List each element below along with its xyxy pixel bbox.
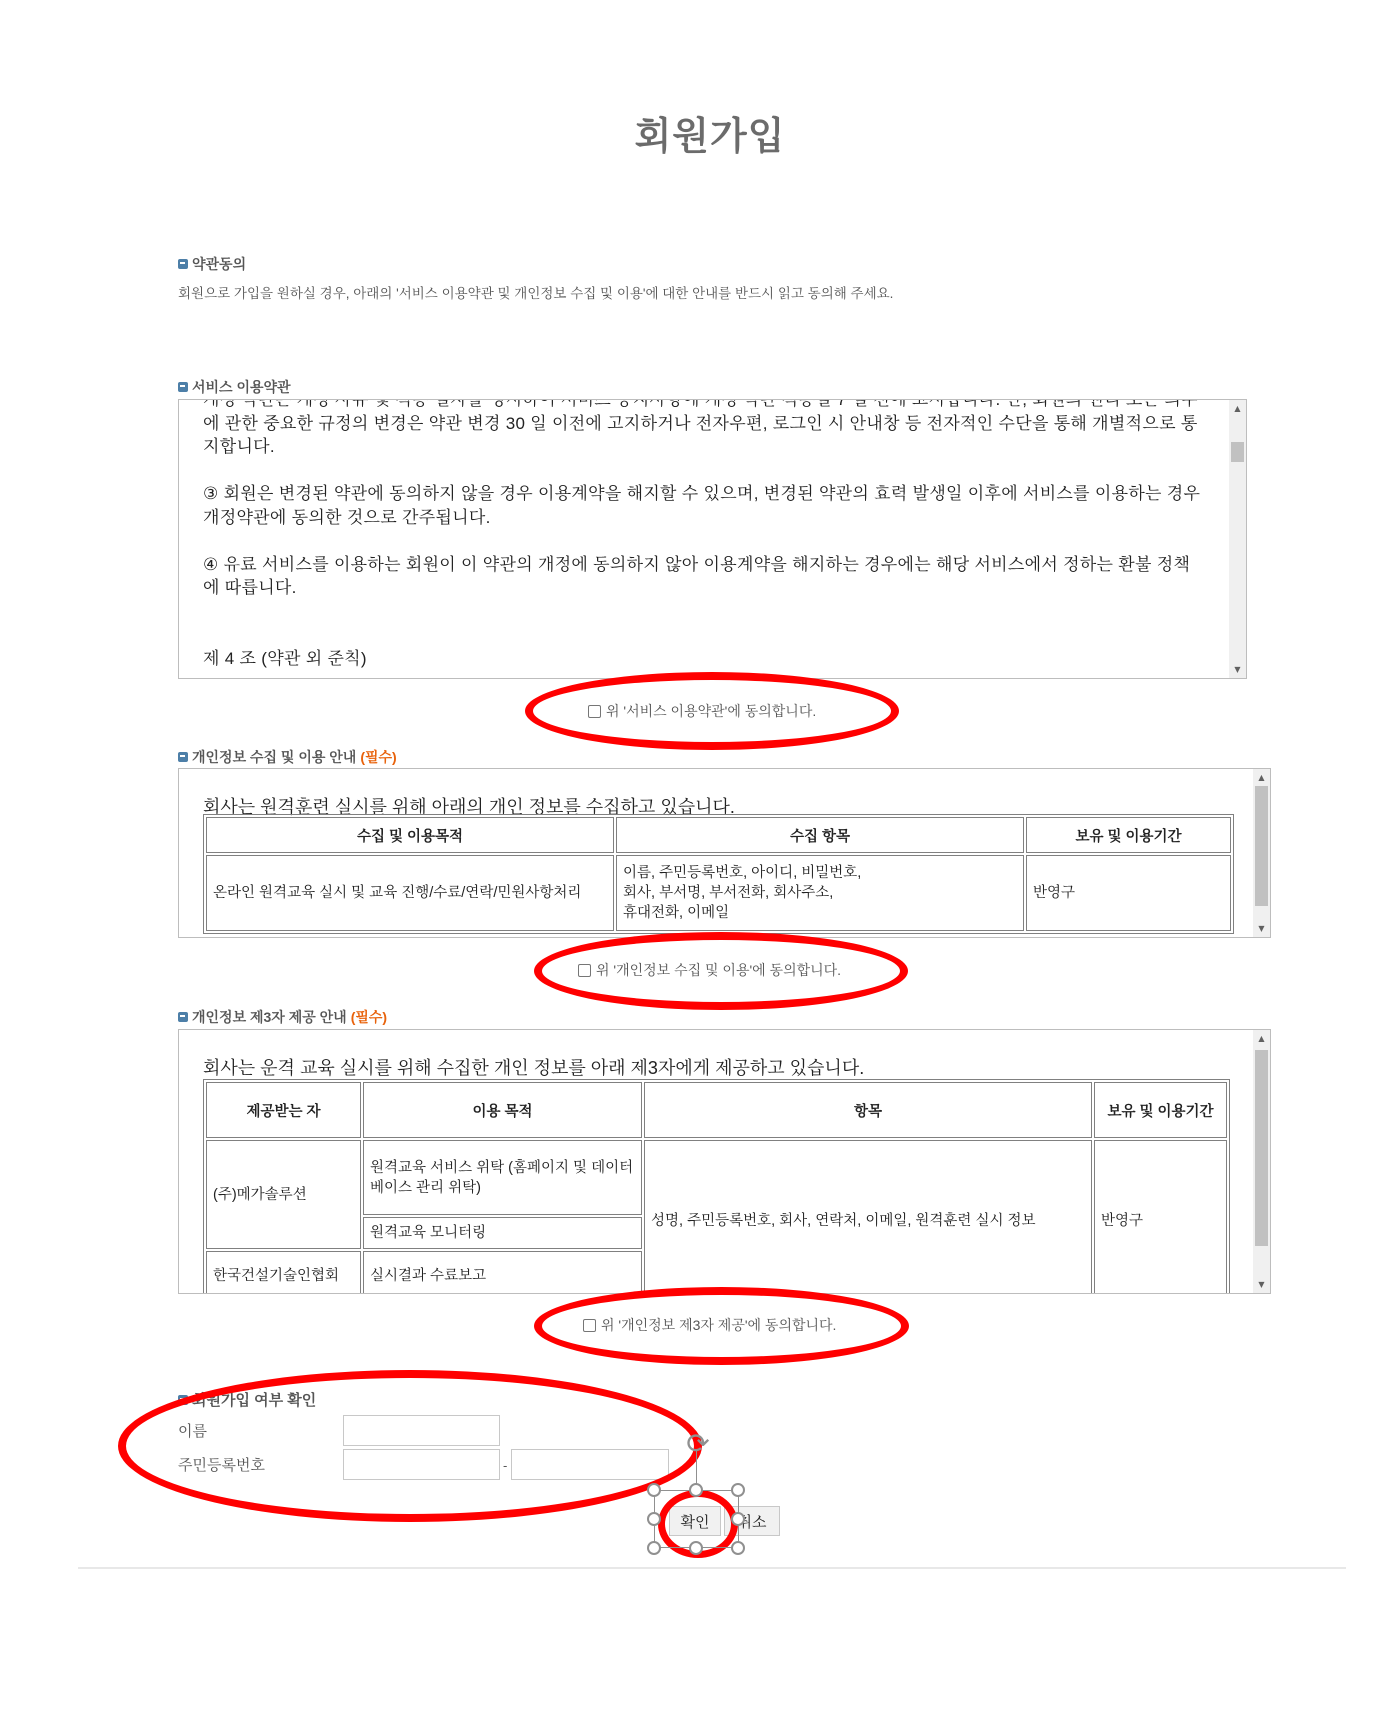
required-tag: (필수) <box>351 1007 387 1027</box>
rotate-handle-icon[interactable]: ⟳ <box>684 1430 712 1458</box>
purpose-cell: 원격교육 서비스 위탁 (홈페이지 및 데이터베이스 관리 위탁) <box>363 1140 642 1215</box>
third-party-heading: 개인정보 제3자 제공 안내(필수) <box>178 1007 387 1027</box>
items-cell: 이름, 주민등록번호, 아이디, 비밀번호, 회사, 부서명, 부서전화, 회사… <box>616 855 1024 931</box>
scroll-up-arrow-icon[interactable]: ▲ <box>1229 400 1246 417</box>
service-terms-textbox[interactable]: 개정 약관은 개정 사유 및 적용 일자를 명시하여 서비스 공지사항에 개정 … <box>178 399 1247 679</box>
column-header: 수집 항목 <box>616 817 1024 853</box>
column-header: 항목 <box>644 1082 1092 1138</box>
privacy-heading-text: 개인정보 수집 및 이용 안내 <box>192 747 356 767</box>
items-cell: 성명, 주민등록번호, 회사, 연락처, 이메일, 원격훈련 실시 정보 <box>644 1140 1092 1294</box>
items-line: 회사, 부서명, 부서전화, 회사주소, <box>623 883 1017 903</box>
purpose-cell: 실시결과 수료보고 <box>363 1251 642 1294</box>
purpose-cell: 원격교육 모니터링 <box>363 1217 642 1249</box>
terms-paragraph: 개정 약관은 개정 사유 및 적용 일자를 명시하여 서비스 공지사항에 개정 … <box>203 399 1206 459</box>
scroll-down-arrow-icon[interactable]: ▼ <box>1253 1276 1270 1293</box>
purpose-cell: 온라인 원격교육 실시 및 교육 진행/수료/연락/민원사항처리 <box>206 855 614 931</box>
third-party-scrollbar[interactable]: ▲ ▼ <box>1253 1030 1270 1293</box>
items-line: 이름, 주민등록번호, 아이디, 비밀번호, <box>623 863 1017 883</box>
column-header: 보유 및 이용기간 <box>1026 817 1231 853</box>
recipient-cell: (주)메가솔루션 <box>206 1140 361 1249</box>
agreement-heading-text: 약관동의 <box>192 254 246 274</box>
service-terms-scrollbar[interactable]: ▲ ▼ <box>1229 400 1246 678</box>
agreement-heading: 약관동의 <box>178 254 246 274</box>
resize-handle[interactable] <box>731 1512 745 1526</box>
third-party-table: 제공받는 자 이용 목적 항목 보유 및 이용기간 (주)메가솔루션 원격교육 … <box>203 1079 1230 1294</box>
resize-handle[interactable] <box>647 1483 661 1497</box>
scrollbar-thumb[interactable] <box>1231 442 1244 462</box>
resize-handle[interactable] <box>689 1541 703 1555</box>
arrow-bullet-icon <box>178 259 188 269</box>
privacy-heading: 개인정보 수집 및 이용 안내(필수) <box>178 747 397 767</box>
resize-handle[interactable] <box>689 1483 703 1497</box>
recipient-cell: 한국건설기술인협회 <box>206 1251 361 1294</box>
column-header: 보유 및 이용기간 <box>1094 1082 1227 1138</box>
period-cell: 반영구 <box>1094 1140 1227 1294</box>
service-terms-heading-text: 서비스 이용약관 <box>192 377 291 397</box>
terms-paragraph: ③ 회원은 변경된 약관에 동의하지 않을 경우 이용계약을 해지할 수 있으며… <box>203 482 1206 529</box>
arrow-bullet-icon <box>178 1012 188 1022</box>
service-terms-content: 개정 약관은 개정 사유 및 적용 일자를 명시하여 서비스 공지사항에 개정 … <box>203 399 1206 679</box>
scroll-down-arrow-icon[interactable]: ▼ <box>1253 920 1270 937</box>
selection-frame <box>654 1490 739 1548</box>
footer-divider <box>78 1567 1346 1569</box>
third-party-intro: 회사는 운격 교육 실시를 위해 수집한 개인 정보를 아래 제3자에게 제공하… <box>203 1054 864 1080</box>
highlight-ellipse <box>534 1287 909 1365</box>
terms-paragraph: ④ 유료 서비스를 이용하는 회원이 이 약관의 개정에 동의하지 않아 이용계… <box>203 553 1206 600</box>
resize-handle[interactable] <box>647 1541 661 1555</box>
highlight-ellipse <box>525 672 899 750</box>
highlight-ellipse <box>118 1370 702 1522</box>
third-party-heading-text: 개인정보 제3자 제공 안내 <box>192 1007 347 1027</box>
resize-handle[interactable] <box>731 1541 745 1555</box>
column-header: 수집 및 이용목적 <box>206 817 614 853</box>
terms-article-heading: 제 4 조 (약관 외 준칙) <box>203 647 1206 671</box>
period-cell: 반영구 <box>1026 855 1231 931</box>
arrow-bullet-icon <box>178 752 188 762</box>
scroll-up-arrow-icon[interactable]: ▲ <box>1253 769 1270 786</box>
table-header-row: 수집 및 이용목적 수집 항목 보유 및 이용기간 <box>206 817 1231 853</box>
scrollbar-thumb[interactable] <box>1255 786 1268 906</box>
items-line: 휴대전화, 이메일 <box>623 903 1017 923</box>
table-header-row: 제공받는 자 이용 목적 항목 보유 및 이용기간 <box>206 1082 1227 1138</box>
page-title: 회원가입 <box>0 105 1393 160</box>
privacy-scrollbar[interactable]: ▲ ▼ <box>1253 769 1270 937</box>
privacy-table: 수집 및 이용목적 수집 항목 보유 및 이용기간 온라인 원격교육 실시 및 … <box>203 814 1234 934</box>
scrollbar-thumb[interactable] <box>1255 1050 1268 1246</box>
column-header: 제공받는 자 <box>206 1082 361 1138</box>
privacy-textbox[interactable]: 회사는 원격훈련 실시를 위해 아래의 개인 정보를 수집하고 있습니다. 수집… <box>178 768 1271 938</box>
table-row: 온라인 원격교육 실시 및 교육 진행/수료/연락/민원사항처리 이름, 주민등… <box>206 855 1231 931</box>
scroll-down-arrow-icon[interactable]: ▼ <box>1229 661 1246 678</box>
service-terms-heading: 서비스 이용약관 <box>178 377 291 397</box>
column-header: 이용 목적 <box>363 1082 642 1138</box>
resize-handle[interactable] <box>731 1483 745 1497</box>
table-row: (주)메가솔루션 원격교육 서비스 위탁 (홈페이지 및 데이터베이스 관리 위… <box>206 1140 1227 1215</box>
arrow-bullet-icon <box>178 382 188 392</box>
agreement-intro: 회원으로 가입을 원하실 경우, 아래의 '서비스 이용약관 및 개인정보 수집… <box>178 282 893 302</box>
resize-handle[interactable] <box>647 1512 661 1526</box>
scroll-up-arrow-icon[interactable]: ▲ <box>1253 1030 1270 1047</box>
highlight-ellipse <box>534 932 908 1010</box>
third-party-textbox[interactable]: 회사는 운격 교육 실시를 위해 수집한 개인 정보를 아래 제3자에게 제공하… <box>178 1029 1271 1294</box>
required-tag: (필수) <box>360 747 396 767</box>
